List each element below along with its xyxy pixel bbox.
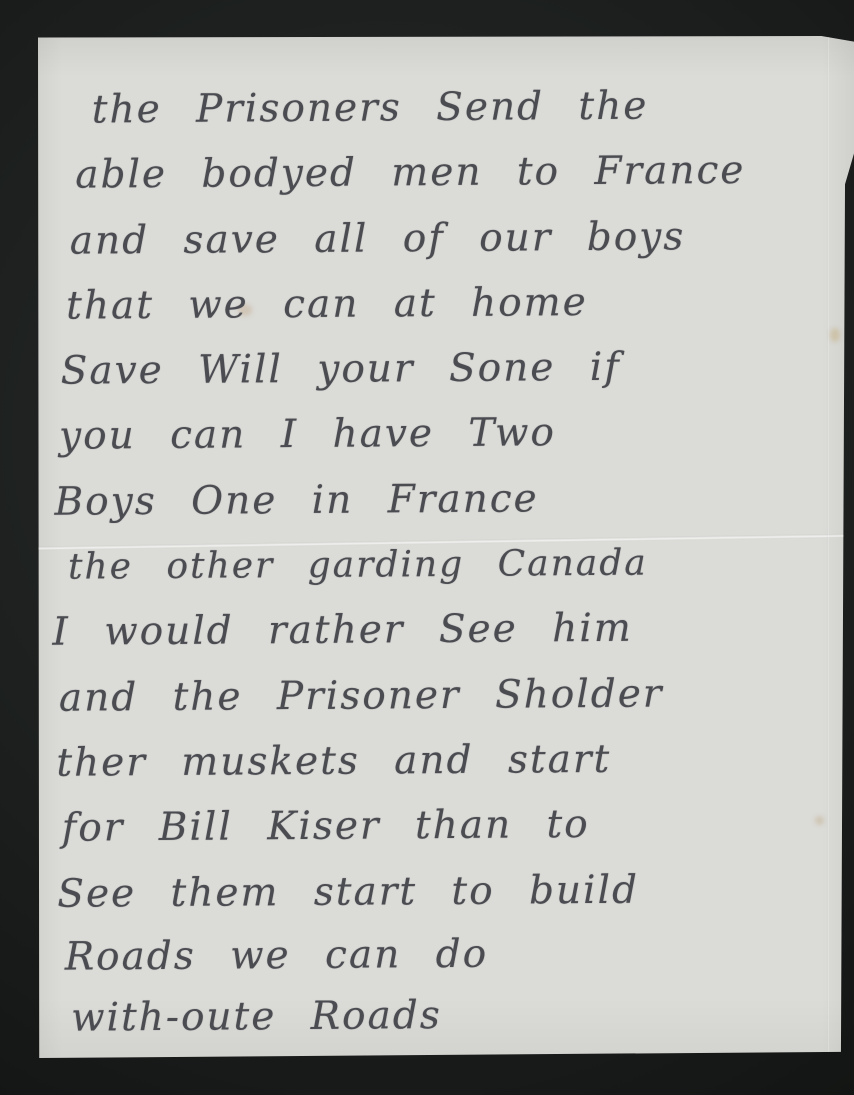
handwriting-line: Save Will your Sone if [36, 336, 852, 407]
handwriting-line: that we can at home [36, 271, 852, 342]
handwriting-line: and the Prisoner Sholder [39, 663, 854, 734]
handwriting-line: with-oute Roads [41, 983, 854, 1054]
handwriting-line: the other garding Canada [38, 532, 854, 603]
handwriting-line: See them start to build [40, 859, 854, 928]
letter-page: the Prisoners Send the able bodyed men t… [38, 36, 854, 1058]
photo-background: the Prisoners Send the able bodyed men t… [0, 0, 854, 1095]
handwriting-line: Roads we can do [41, 922, 854, 989]
handwriting-line: and save all of our boys [36, 206, 852, 277]
handwriting-line: able bodyed men to France [35, 140, 851, 211]
handwritten-letter-text: the Prisoners Send the able bodyed men t… [35, 75, 854, 1054]
handwriting-line: the Prisoners Send the [35, 75, 851, 146]
handwriting-line: you can I have Two [37, 402, 853, 473]
handwriting-line: for Bill Kiser than to [40, 793, 854, 864]
handwriting-line: ther muskets and start [39, 728, 854, 799]
handwriting-line: Boys One in France [37, 467, 853, 538]
handwriting-line: I would rather See him [38, 598, 854, 669]
